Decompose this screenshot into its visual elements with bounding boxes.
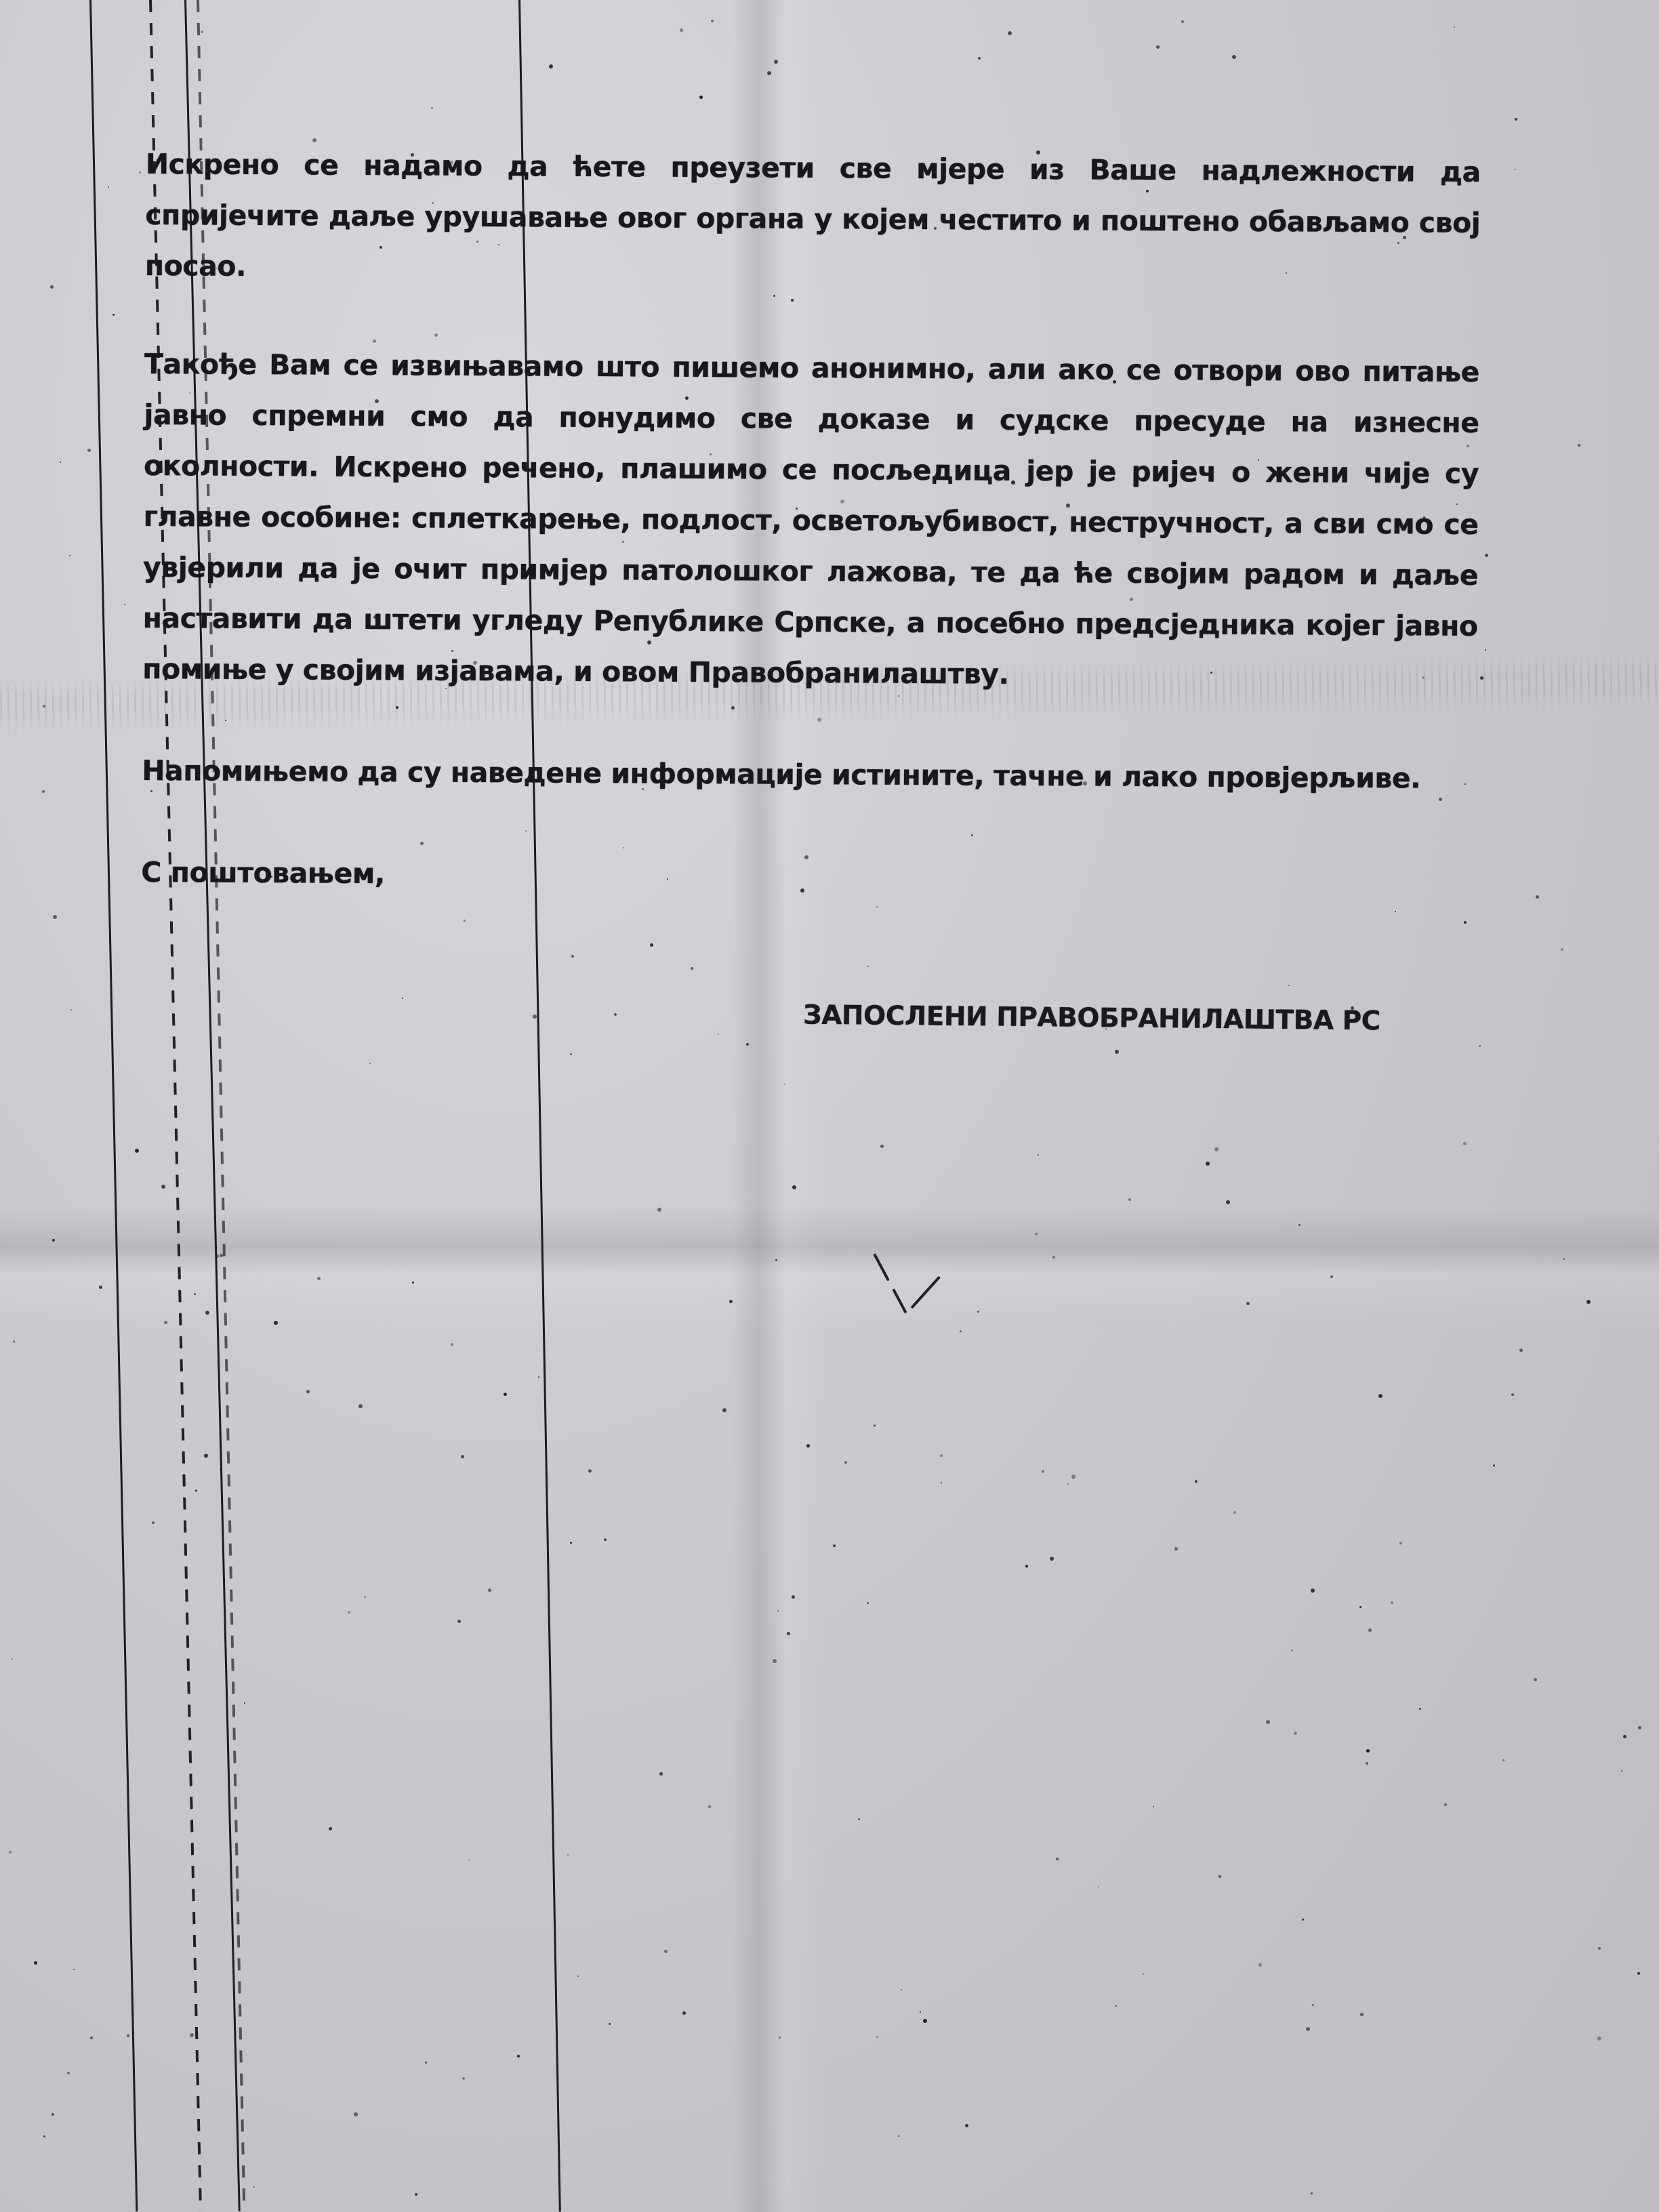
toner-speck <box>867 1602 869 1604</box>
toner-speck <box>354 2112 358 2116</box>
toner-speck <box>473 661 477 665</box>
toner-speck <box>1036 150 1040 155</box>
toner-speck <box>53 915 57 919</box>
toner-speck <box>773 1659 777 1663</box>
toner-speck <box>1515 169 1516 170</box>
toner-speck <box>787 1632 790 1635</box>
toner-speck <box>1291 1650 1293 1652</box>
toner-speck <box>449 161 453 165</box>
toner-speck <box>369 1063 371 1064</box>
toner-speck <box>1467 445 1469 447</box>
toner-speck <box>476 241 478 243</box>
toner-speck <box>920 2011 921 2013</box>
toner-speck <box>1444 1803 1447 1806</box>
toner-speck <box>1485 649 1486 651</box>
toner-speck <box>1423 516 1425 518</box>
toner-speck <box>1563 1258 1565 1260</box>
toner-speck <box>685 396 689 400</box>
toner-speck <box>1366 1762 1368 1765</box>
paragraph-hope: Искрено се надамо да ћете преузети све м… <box>145 139 1481 300</box>
toner-speck <box>43 2135 45 2137</box>
toner-speck <box>1233 1511 1236 1514</box>
toner-speck <box>270 876 272 878</box>
toner-speck <box>348 1611 350 1614</box>
toner-speck <box>705 170 708 173</box>
toner-speck <box>431 107 433 109</box>
toner-speck <box>722 1408 726 1412</box>
toner-speck <box>817 718 821 722</box>
toner-speck <box>1368 1629 1372 1632</box>
toner-speck <box>402 998 403 999</box>
toner-speck <box>112 314 115 316</box>
toner-speck <box>329 1827 332 1830</box>
toner-speck <box>941 1482 942 1483</box>
closing-salutation: С поштовањем, <box>141 847 1476 906</box>
toner-speck <box>960 1330 962 1332</box>
toner-speck <box>1011 480 1015 485</box>
toner-speck <box>1105 1028 1107 1029</box>
toner-speck <box>1493 1465 1495 1467</box>
toner-speck <box>1463 1142 1467 1145</box>
toner-speck <box>1181 20 1184 23</box>
toner-speck <box>1342 231 1343 232</box>
toner-speck <box>1288 985 1290 986</box>
toner-speck <box>195 1490 197 1492</box>
toner-speck <box>898 695 899 697</box>
toner-speck <box>432 202 434 204</box>
toner-speck <box>52 1239 55 1242</box>
toner-speck <box>87 449 91 452</box>
toner-speck <box>650 943 653 947</box>
toner-speck <box>1056 1858 1059 1860</box>
toner-speck <box>189 392 190 394</box>
toner-speck <box>1113 380 1116 384</box>
toner-speck <box>43 705 45 708</box>
toner-speck <box>792 1595 795 1599</box>
toner-speck <box>623 847 624 848</box>
toner-speck <box>1156 45 1160 49</box>
toner-speck <box>804 855 808 859</box>
toner-speck <box>434 333 438 337</box>
toner-speck <box>1465 783 1466 785</box>
toner-speck <box>164 1321 167 1324</box>
toner-speck <box>1637 1972 1640 1975</box>
toner-speck <box>1359 1606 1361 1608</box>
toner-speck <box>1174 1547 1178 1551</box>
toner-speck <box>1311 1589 1315 1593</box>
toner-speck <box>971 834 973 836</box>
toner-speck <box>779 2036 781 2039</box>
toner-speck <box>525 830 527 832</box>
toner-speck <box>711 20 714 22</box>
toner-speck <box>691 967 693 970</box>
toner-speck <box>1391 1601 1393 1604</box>
toner-speck <box>840 499 844 504</box>
toner-speck <box>844 1461 847 1464</box>
toner-speck <box>874 1425 876 1427</box>
toner-speck <box>1480 676 1483 680</box>
toner-speck <box>1561 948 1563 951</box>
toner-speck <box>923 2019 927 2023</box>
toner-speck <box>1312 2004 1314 2006</box>
toner-speck <box>451 650 453 652</box>
toner-speck <box>1066 504 1070 508</box>
toner-speck <box>1195 1480 1197 1483</box>
toner-speck <box>1419 1708 1421 1710</box>
toner-speck <box>205 1311 209 1315</box>
toner-speck <box>659 1772 663 1776</box>
toner-speck <box>1115 1050 1119 1054</box>
toner-speck <box>1378 1394 1382 1398</box>
toner-speck <box>1052 1019 1057 1023</box>
toner-speck <box>201 30 203 33</box>
toner-speck <box>1502 1759 1504 1761</box>
toner-speck <box>312 138 316 142</box>
toner-speck <box>127 2034 129 2037</box>
toner-speck <box>373 340 376 343</box>
toner-speck <box>657 1208 661 1212</box>
toner-speck <box>1025 1565 1028 1568</box>
toner-speck <box>796 508 798 510</box>
toner-speck <box>699 96 703 99</box>
toner-speck <box>216 268 218 269</box>
toner-speck <box>791 299 794 302</box>
toner-speck <box>190 2033 194 2037</box>
toner-speck <box>1454 26 1455 28</box>
toner-speck <box>977 1311 979 1313</box>
toner-speck <box>150 790 152 792</box>
toner-speck <box>1038 1154 1039 1155</box>
toner-speck <box>1258 459 1259 461</box>
toner-speck <box>664 1950 668 1953</box>
toner-speck <box>567 1854 569 1856</box>
toner-speck <box>488 1589 491 1592</box>
toner-speck <box>52 2113 54 2116</box>
toner-speck <box>1146 190 1149 192</box>
toner-speck <box>710 453 712 455</box>
toner-speck <box>731 706 735 710</box>
toner-speck <box>1098 1886 1099 1887</box>
toner-speck <box>70 1009 72 1010</box>
toner-speck <box>1397 242 1399 244</box>
toner-speck <box>642 788 644 790</box>
toner-speck <box>1143 1973 1144 1975</box>
toner-speck <box>1067 1483 1069 1485</box>
toner-speck <box>204 1454 208 1458</box>
toner-speck <box>69 555 70 556</box>
toner-speck <box>1294 1732 1297 1735</box>
toner-speck <box>588 1469 592 1473</box>
toner-speck <box>1638 1726 1641 1729</box>
toner-speck <box>1128 1198 1131 1201</box>
toner-speck <box>1232 55 1236 59</box>
toner-speck <box>445 688 447 689</box>
toner-speck <box>604 1538 607 1541</box>
toner-speck <box>1597 2036 1601 2041</box>
letter-body: Искрено се надамо да ћете преузети све м… <box>141 139 1481 906</box>
toner-speck <box>464 920 466 922</box>
toner-speck <box>1464 921 1467 924</box>
toner-speck <box>806 1444 810 1448</box>
toner-speck <box>306 1390 310 1393</box>
toner-speck <box>1035 1233 1038 1235</box>
toner-speck <box>1534 1678 1537 1681</box>
toner-speck <box>1246 1302 1250 1305</box>
toner-speck <box>12 1658 13 1660</box>
toner-speck <box>50 285 54 289</box>
toner-speck <box>225 720 226 721</box>
toner-speck <box>577 1975 579 1977</box>
toner-speck <box>34 1961 37 1965</box>
toner-speck <box>1598 1947 1601 1950</box>
paragraph-apology: Такође Вам се извињавамо што пишемо анон… <box>142 339 1479 703</box>
toner-speck <box>867 966 869 967</box>
toner-speck <box>60 462 61 463</box>
toner-speck <box>777 1610 779 1612</box>
toner-speck <box>67 2072 70 2074</box>
toner-speck <box>570 1053 572 1055</box>
toner-speck <box>667 878 668 880</box>
toner-speck <box>139 171 141 173</box>
toner-speck <box>244 1702 245 1704</box>
toner-speck <box>1071 1475 1076 1479</box>
toner-speck <box>538 1376 539 1378</box>
toner-speck <box>73 1969 75 1970</box>
toner-speck <box>317 1277 321 1280</box>
toner-speck <box>504 1393 507 1396</box>
toner-speck <box>375 399 379 403</box>
toner-speck <box>517 2055 520 2057</box>
toner-speck <box>1586 1300 1591 1304</box>
toner-speck <box>498 244 499 245</box>
toner-speck <box>1360 2013 1364 2016</box>
toner-speck <box>792 1185 796 1189</box>
toner-speck <box>880 1145 884 1148</box>
toner-speck <box>1258 1963 1262 1967</box>
toner-speck <box>622 541 624 543</box>
toner-speck <box>614 1013 617 1016</box>
toner-speck <box>468 1860 470 1861</box>
toner-speck <box>774 60 778 64</box>
toner-speck <box>800 888 804 893</box>
toner-speck <box>425 2062 427 2064</box>
toner-speck <box>680 28 683 32</box>
toner-speck <box>1206 1162 1210 1166</box>
toner-speck <box>380 246 382 249</box>
toner-speck <box>1286 272 1287 274</box>
toner-speck <box>152 1521 155 1524</box>
toner-speck <box>1153 1806 1154 1807</box>
toner-speck <box>373 615 377 619</box>
toner-speck <box>1536 895 1539 899</box>
toner-speck <box>13 1340 15 1343</box>
toner-speck <box>1322 516 1325 520</box>
toner-speck <box>311 867 314 870</box>
toner-speck <box>359 1404 363 1408</box>
toner-speck <box>489 367 492 370</box>
toner-speck <box>729 1300 733 1303</box>
toner-speck <box>898 2135 899 2137</box>
toner-speck <box>647 640 651 644</box>
toner-speck <box>1130 598 1133 601</box>
toner-speck <box>220 1254 223 1257</box>
toner-speck <box>1366 1749 1370 1753</box>
toner-speck <box>253 2186 255 2188</box>
toner-speck <box>364 1596 366 1598</box>
toner-speck <box>858 1818 860 1820</box>
toner-speck <box>412 1282 414 1284</box>
toner-speck <box>1399 1542 1402 1544</box>
toner-speck <box>708 1805 711 1808</box>
toner-speck <box>462 2077 465 2080</box>
toner-speck <box>718 1033 719 1035</box>
toner-speck <box>965 2124 968 2127</box>
toner-speck <box>1439 798 1442 801</box>
toner-speck <box>396 706 398 709</box>
toner-speck <box>1351 1006 1354 1010</box>
toner-speck <box>1330 1275 1333 1278</box>
toner-speck <box>570 1542 572 1544</box>
toner-speck <box>194 1293 196 1295</box>
toner-speck <box>1306 2027 1310 2031</box>
toner-speck <box>533 1015 537 1019</box>
toner-speck <box>746 1043 749 1046</box>
toner-speck <box>274 1321 278 1325</box>
toner-speck <box>876 906 878 907</box>
toner-speck <box>420 842 424 845</box>
toner-speck <box>90 2036 93 2039</box>
toner-speck <box>42 790 45 793</box>
toner-speck <box>1623 1735 1626 1738</box>
toner-speck <box>1302 1919 1304 1921</box>
toner-speck <box>1485 554 1488 557</box>
toner-speck <box>767 71 771 75</box>
toner-speck <box>1294 778 1298 782</box>
toner-speck <box>1008 31 1012 35</box>
toner-speck <box>1403 236 1406 239</box>
paragraph-note: Напомињемо да су наведене информације ис… <box>142 745 1477 804</box>
toner-speck <box>1515 118 1517 121</box>
toner-speck <box>9 1851 12 1853</box>
toner-speck <box>940 1454 943 1457</box>
toner-speck <box>451 1343 453 1346</box>
toner-speck <box>161 1185 165 1189</box>
toner-speck <box>775 1259 777 1261</box>
toner-speck <box>1395 911 1396 912</box>
toner-speck <box>108 186 109 188</box>
toner-speck <box>216 1254 219 1258</box>
toner-speck <box>411 153 414 157</box>
toner-speck <box>457 1620 461 1623</box>
toner-speck <box>876 2036 878 2038</box>
toner-speck <box>124 604 125 605</box>
toner-speck <box>609 2023 611 2025</box>
toner-speck <box>1042 1470 1044 1473</box>
toner-speck <box>415 2193 417 2196</box>
toner-speck <box>1052 1256 1055 1258</box>
toner-speck <box>1050 1557 1054 1561</box>
toner-speck <box>833 1544 836 1547</box>
toner-speck <box>1210 672 1212 674</box>
toner-speck <box>1479 1045 1481 1047</box>
toner-speck <box>934 227 937 230</box>
toner-speck <box>1214 1147 1218 1151</box>
toner-speck <box>1578 444 1580 447</box>
toner-speck <box>99 1286 102 1289</box>
toner-speck <box>1266 1720 1270 1724</box>
toner-speck <box>1115 2005 1117 2007</box>
toner-speck <box>1422 676 1425 679</box>
toner-speck <box>773 295 775 297</box>
toner-speck <box>571 955 574 958</box>
toner-speck <box>461 1455 464 1458</box>
toner-speck <box>1621 1770 1622 1771</box>
toner-speck <box>1511 1393 1514 1396</box>
toner-speck <box>784 1084 785 1085</box>
toner-speck <box>1218 1875 1221 1878</box>
signature-line: ЗАПОСЛЕНИ ПРАВОБРАНИЛАШТВА РС <box>803 1000 1380 1037</box>
toner-speck <box>1298 1224 1300 1226</box>
toner-speck <box>682 2011 686 2015</box>
toner-speck <box>1519 1349 1523 1352</box>
toner-speck <box>1226 1200 1230 1204</box>
toner-speck <box>901 1989 902 1990</box>
toner-speck <box>220 1469 222 1471</box>
toner-speck <box>1083 781 1087 785</box>
toner-speck <box>978 57 981 60</box>
toner-speck <box>1456 504 1458 505</box>
toner-speck <box>549 64 553 68</box>
toner-speck <box>1311 2192 1313 2194</box>
toner-speck <box>135 1149 139 1153</box>
